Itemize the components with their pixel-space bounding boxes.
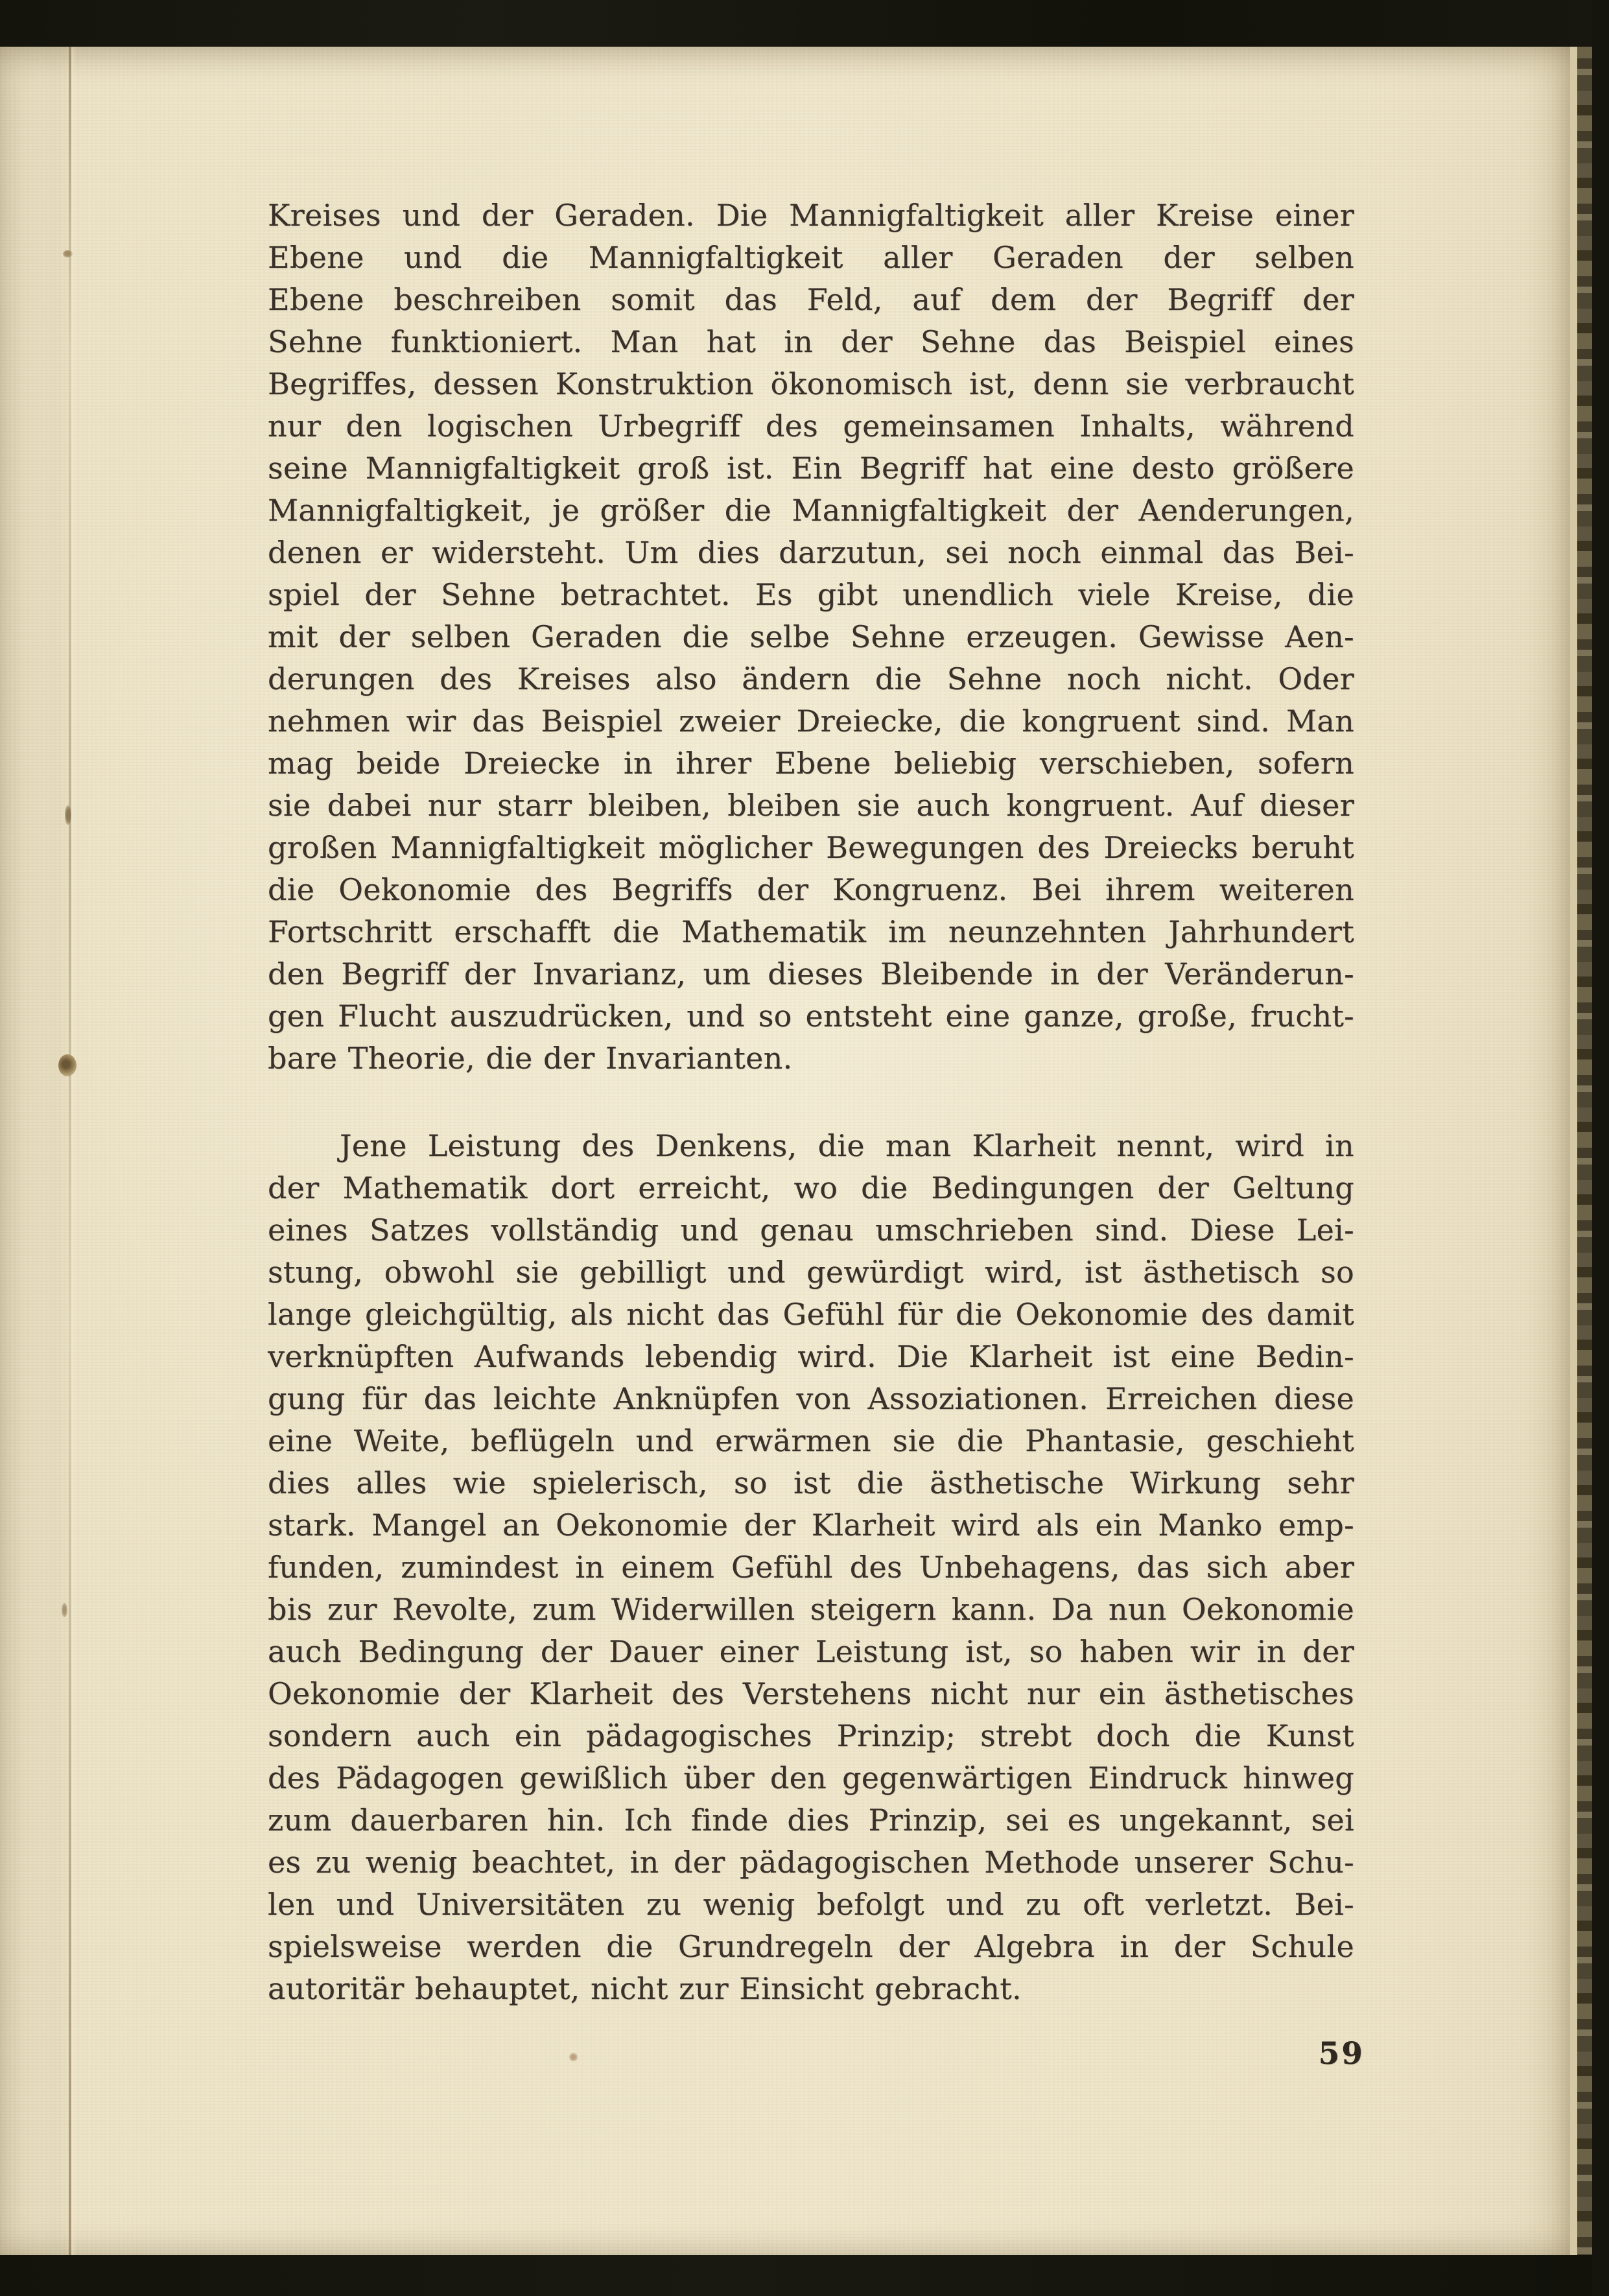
text-line: Mannigfaltigkeit, je größer die Mannigfa…: [268, 490, 1354, 532]
text-line: Ebene beschreiben somit das Feld, auf de…: [268, 279, 1354, 321]
text-line: len und Universitäten zu wenig befolgt u…: [268, 1884, 1354, 1926]
page-text-block: Kreises und der Geraden. Die Mannigfalti…: [268, 195, 1354, 2010]
text-line: dies alles wie spielerisch, so ist die ä…: [268, 1462, 1354, 1504]
scan-frame-top: [0, 0, 1609, 47]
text-line: sie dabei nur starr bleiben, bleiben sie…: [268, 785, 1354, 827]
paragraph: Kreises und der Geraden. Die Mannigfalti…: [268, 195, 1354, 1080]
text-line: nur den logischen Urbegriff des gemeinsa…: [268, 405, 1354, 447]
text-line: bis zur Revolte, zum Widerwillen steiger…: [268, 1589, 1354, 1631]
text-line: gen Flucht auszudrücken, und so entsteht…: [268, 995, 1354, 1037]
scanned-book-page: Kreises und der Geraden. Die Mannigfalti…: [0, 0, 1609, 2296]
book-fore-edge: [1570, 43, 1593, 2260]
text-line: auch Bedingung der Dauer einer Leistung …: [268, 1631, 1354, 1673]
paper-flaw-speck: [63, 250, 73, 257]
text-line: Kreises und der Geraden. Die Mannigfalti…: [268, 195, 1354, 237]
text-line: den Begriff der Invarianz, um dieses Ble…: [268, 953, 1354, 995]
paper-flaw-speck: [65, 805, 71, 825]
binding-crease: [69, 47, 71, 2258]
text-line: Sehne funktioniert. Man hat in der Sehne…: [268, 321, 1354, 363]
scan-frame-right: [1592, 0, 1609, 2296]
paper-flaw-hole: [58, 1054, 76, 1076]
text-line: spielsweise werden die Grundregeln der A…: [268, 1926, 1354, 1968]
text-line: nehmen wir das Beispiel zweier Dreiecke,…: [268, 700, 1354, 742]
text-line: denen er widersteht. Um dies darzutun, s…: [268, 532, 1354, 574]
text-line: sondern auch ein pädagogisches Prinzip; …: [268, 1715, 1354, 1757]
paragraph: Jene Leistung des Denkens, die man Klarh…: [268, 1125, 1354, 2010]
text-line: eines Satzes vollständig und genau umsch…: [268, 1209, 1354, 1251]
text-line: Ebene und die Mannigfaltigkeit aller Ger…: [268, 237, 1354, 279]
text-line: stark. Mangel an Oekonomie der Klarheit …: [268, 1504, 1354, 1546]
text-line: großen Mannigfaltigkeit möglicher Bewegu…: [268, 827, 1354, 869]
paper-flaw-speck: [569, 2053, 578, 2061]
text-line: verknüpften Aufwands lebendig wird. Die …: [268, 1336, 1354, 1378]
text-line: Fortschritt erschafft die Mathematik im …: [268, 911, 1354, 953]
text-line: Jene Leistung des Denkens, die man Klarh…: [268, 1125, 1354, 1167]
text-line: Oekonomie der Klarheit des Verstehens ni…: [268, 1673, 1354, 1715]
text-line: Begriffes, dessen Konstruktion ökonomisc…: [268, 363, 1354, 405]
scan-frame-bottom: [0, 2255, 1609, 2296]
text-line: mit der selben Geraden die selbe Sehne e…: [268, 616, 1354, 658]
text-line: seine Mannigfaltigkeit groß ist. Ein Beg…: [268, 447, 1354, 490]
text-line: die Oekonomie des Begriffs der Kongruenz…: [268, 869, 1354, 911]
text-line: gung für das leichte Anknüpfen von Assoz…: [268, 1378, 1354, 1420]
text-line: es zu wenig beachtet, in der pädagogisch…: [268, 1841, 1354, 1884]
text-line: derungen des Kreises also ändern die Seh…: [268, 658, 1354, 700]
text-line: spiel der Sehne betrachtet. Es gibt unen…: [268, 574, 1354, 616]
text-line: autoritär behauptet, nicht zur Einsicht …: [268, 1968, 1354, 2010]
page-number: 59: [1293, 2036, 1365, 2072]
text-line: zum dauerbaren hin. Ich finde dies Prinz…: [268, 1799, 1354, 1841]
text-line: funden, zumindest in einem Gefühl des Un…: [268, 1546, 1354, 1589]
text-line: mag beide Dreiecke in ihrer Ebene belieb…: [268, 742, 1354, 785]
text-line: bare Theorie, die der Invarianten.: [268, 1037, 1354, 1080]
text-line: der Mathematik dort erreicht, wo die Bed…: [268, 1167, 1354, 1209]
text-line: lange gleichgültig, als nicht das Gefühl…: [268, 1294, 1354, 1336]
text-line: des Pädagogen gewißlich über den gegenwä…: [268, 1757, 1354, 1799]
text-line: eine Weite, beflügeln und erwärmen sie d…: [268, 1420, 1354, 1462]
paper-flaw-speck: [62, 1603, 67, 1617]
text-line: stung, obwohl sie gebilligt und gewürdig…: [268, 1251, 1354, 1294]
